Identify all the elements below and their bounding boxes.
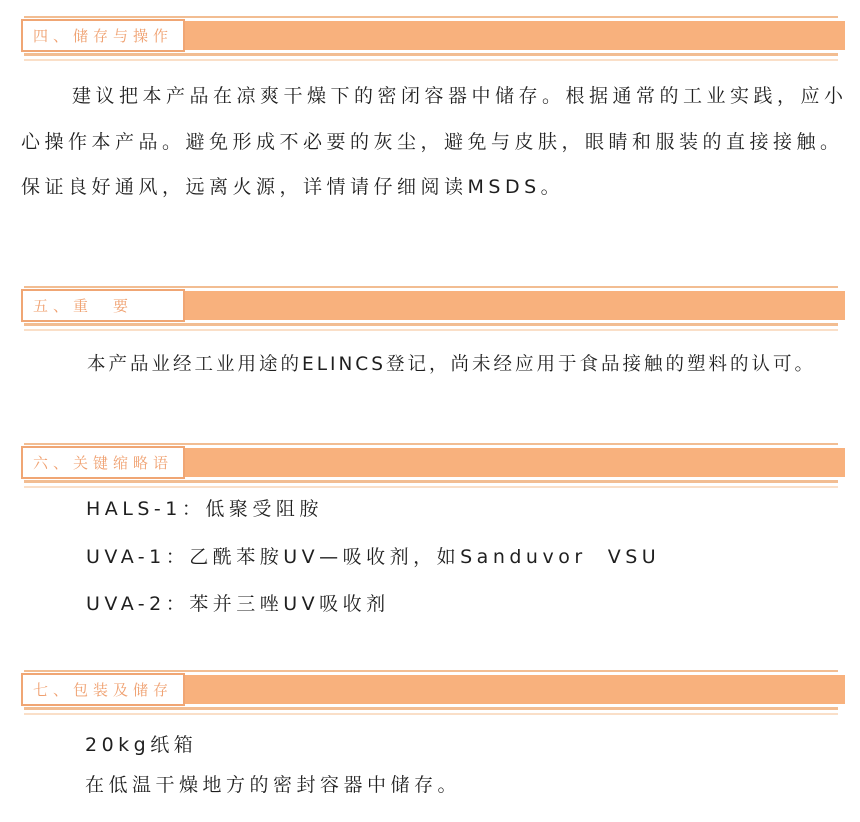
- section-title: 七、包装及储存: [33, 679, 173, 700]
- header-bottom-light-rule: [24, 59, 838, 61]
- section-header-storage-handling: 四、储存与操作: [21, 16, 845, 62]
- header-bottom-light-rule: [24, 713, 838, 715]
- section-body-important: 本产品业经工业用途的ELINCS登记，尚未经应用于食品接触的塑料的认可。: [87, 346, 816, 383]
- paragraph-line: 心操作本产品。避免形成不必要的灰尘，避免与皮肤，眼睛和服装的直接接触。: [21, 120, 848, 166]
- header-top-rule: [24, 670, 838, 672]
- abbreviation-line: UVA-1：乙酰苯胺UV—吸收剂，如Sanduvor VSU: [86, 534, 660, 582]
- paragraph-line: 建议把本产品在凉爽干燥下的密闭容器中储存。根据通常的工业实践，应小: [21, 74, 848, 120]
- header-top-rule: [24, 16, 838, 18]
- header-top-rule: [24, 443, 838, 445]
- document-page: 四、储存与操作 建议把本产品在凉爽干燥下的密闭容器中储存。根据通常的工业实践，应…: [0, 0, 860, 822]
- header-bottom-rule: [24, 53, 838, 56]
- header-bottom-rule: [24, 707, 838, 710]
- section-header-important: 五、重 要: [21, 286, 845, 332]
- paragraph-line: 保证良好通风，远离火源，详情请仔细阅读MSDS。: [21, 165, 848, 211]
- section-header-key-abbreviations: 六、关键缩略语: [21, 443, 845, 489]
- section-title-box: 五、重 要: [21, 289, 185, 322]
- abbreviation-line: UVA-2：苯并三唑UV吸收剂: [86, 581, 660, 629]
- section-title-box: 四、储存与操作: [21, 19, 185, 52]
- section-header-packaging-storage: 七、包装及储存: [21, 670, 845, 716]
- section-title-box: 六、关键缩略语: [21, 446, 185, 479]
- section-title: 六、关键缩略语: [33, 452, 173, 473]
- header-top-rule: [24, 286, 838, 288]
- section-body-key-abbreviations: HALS-1：低聚受阻胺 UVA-1：乙酰苯胺UV—吸收剂，如Sanduvor …: [86, 486, 660, 629]
- paragraph-line: 在低温干燥地方的密封容器中储存。: [85, 765, 461, 805]
- section-body-storage-handling: 建议把本产品在凉爽干燥下的密闭容器中储存。根据通常的工业实践，应小 心操作本产品…: [21, 74, 848, 211]
- section-title-box: 七、包装及储存: [21, 673, 185, 706]
- header-bottom-light-rule: [24, 329, 838, 331]
- paragraph-line: 本产品业经工业用途的ELINCS登记，尚未经应用于食品接触的塑料的认可。: [87, 346, 816, 383]
- header-bottom-rule: [24, 480, 838, 483]
- header-bottom-rule: [24, 323, 838, 326]
- section-body-packaging-storage: 20kg纸箱 在低温干燥地方的密封容器中储存。: [85, 725, 461, 805]
- abbreviation-line: HALS-1：低聚受阻胺: [86, 486, 660, 534]
- paragraph-line: 20kg纸箱: [85, 725, 461, 765]
- section-title: 四、储存与操作: [33, 25, 173, 46]
- section-title: 五、重 要: [33, 295, 133, 316]
